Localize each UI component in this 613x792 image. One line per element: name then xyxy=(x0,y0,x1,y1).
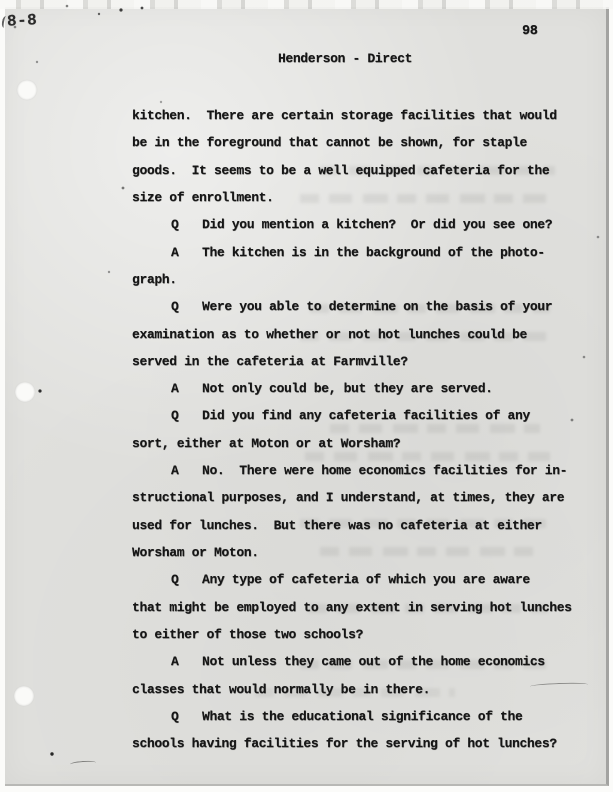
scanned-document: 8-8 98 Henderson - Direct kitchen. There… xyxy=(0,0,613,792)
line-text: to either of those two schools? xyxy=(132,621,363,648)
transcript-line: be in the foreground that cannot be show… xyxy=(132,129,572,156)
page-heading: Henderson - Direct xyxy=(132,49,558,69)
speaker-label: Q xyxy=(171,566,178,593)
scan-specks xyxy=(0,0,2,2)
transcript-line: sort, either at Moton or at Worsham? xyxy=(132,430,572,457)
speaker-label: Q xyxy=(171,402,178,429)
line-text: graph. xyxy=(132,266,177,293)
line-text: examination as to whether or not hot lun… xyxy=(132,321,527,348)
line-text: served in the cafeteria at Farmville? xyxy=(132,348,408,375)
transcript-line: size of enrollment. xyxy=(132,184,572,211)
line-text: Did you find any cafeteria facilities of… xyxy=(202,402,530,429)
line-text: Worsham or Moton. xyxy=(132,539,259,566)
line-text: The kitchen is in the background of the … xyxy=(202,239,545,266)
scan-top-edge xyxy=(0,0,613,9)
speaker-label: A xyxy=(171,375,178,402)
transcript-line: QDid you mention a kitchen? Or did you s… xyxy=(132,211,572,238)
speaker-label: Q xyxy=(171,293,178,320)
transcript-line: kitchen. There are certain storage facil… xyxy=(132,102,572,129)
speaker-label: Q xyxy=(171,703,178,730)
line-text: size of enrollment. xyxy=(132,184,274,211)
line-text: Not only could be, but they are served. xyxy=(202,375,493,402)
transcript-line: classes that would normally be in there. xyxy=(132,676,572,703)
punch-hole-middle xyxy=(15,382,35,402)
transcript-line: Worsham or Moton. xyxy=(132,539,572,566)
transcript-line: used for lunches. But there was no cafet… xyxy=(132,512,572,539)
line-text: classes that would normally be in there. xyxy=(132,676,430,703)
speaker-label: A xyxy=(171,239,178,266)
transcript-line: QWere you able to determine on the basis… xyxy=(132,293,572,320)
transcript-line: QWhat is the educational significance of… xyxy=(132,703,572,730)
line-text: be in the foreground that cannot be show… xyxy=(132,129,527,156)
transcript-line: schools having facilities for the servin… xyxy=(132,730,572,757)
punch-hole-bottom xyxy=(14,686,34,706)
line-text: What is the educational significance of … xyxy=(202,703,522,730)
transcript-line: QAny type of cafeteria of which you are … xyxy=(132,566,572,593)
line-text: used for lunches. But there was no cafet… xyxy=(132,512,542,539)
transcript-line: to either of those two schools? xyxy=(132,621,572,648)
transcript-line: served in the cafeteria at Farmville? xyxy=(132,348,572,375)
transcript-line: examination as to whether or not hot lun… xyxy=(132,321,572,348)
punch-hole-top xyxy=(17,80,37,100)
line-text: goods. It seems to be a well equipped ca… xyxy=(132,157,549,184)
line-text: kitchen. There are certain storage facil… xyxy=(132,102,557,129)
transcript-line: goods. It seems to be a well equipped ca… xyxy=(132,157,572,184)
transcript-line: ANot only could be, but they are served. xyxy=(132,375,572,402)
transcript-line: ANot unless they came out of the home ec… xyxy=(132,648,572,675)
transcript-line: that might be employed to any extent in … xyxy=(132,594,572,621)
line-text: Any type of cafeteria of which you are a… xyxy=(202,566,530,593)
speaker-label: A xyxy=(171,648,178,675)
line-text: Were you able to determine on the basis … xyxy=(202,293,552,320)
speaker-label: A xyxy=(171,457,178,484)
line-text: that might be employed to any extent in … xyxy=(132,594,572,621)
speaker-label: Q xyxy=(171,211,178,238)
transcript-line: structional purposes, and I understand, … xyxy=(132,484,572,511)
transcript-body: kitchen. There are certain storage facil… xyxy=(132,102,572,758)
transcript-line: AThe kitchen is in the background of the… xyxy=(132,239,572,266)
transcript-line: ANo. There were home economics facilitie… xyxy=(132,457,572,484)
page-number: 98 xyxy=(522,22,538,42)
line-text: Not unless they came out of the home eco… xyxy=(202,648,545,675)
line-text: schools having facilities for the servin… xyxy=(132,730,557,757)
line-text: Did you mention a kitchen? Or did you se… xyxy=(202,211,552,238)
transcript-line: graph. xyxy=(132,266,572,293)
handwritten-stamp: 8-8 xyxy=(7,11,38,31)
line-text: sort, either at Moton or at Worsham? xyxy=(132,430,400,457)
transcript-line: QDid you find any cafeteria facilities o… xyxy=(132,402,572,429)
line-text: structional purposes, and I understand, … xyxy=(132,484,564,511)
line-text: No. There were home economics facilities… xyxy=(202,457,567,484)
